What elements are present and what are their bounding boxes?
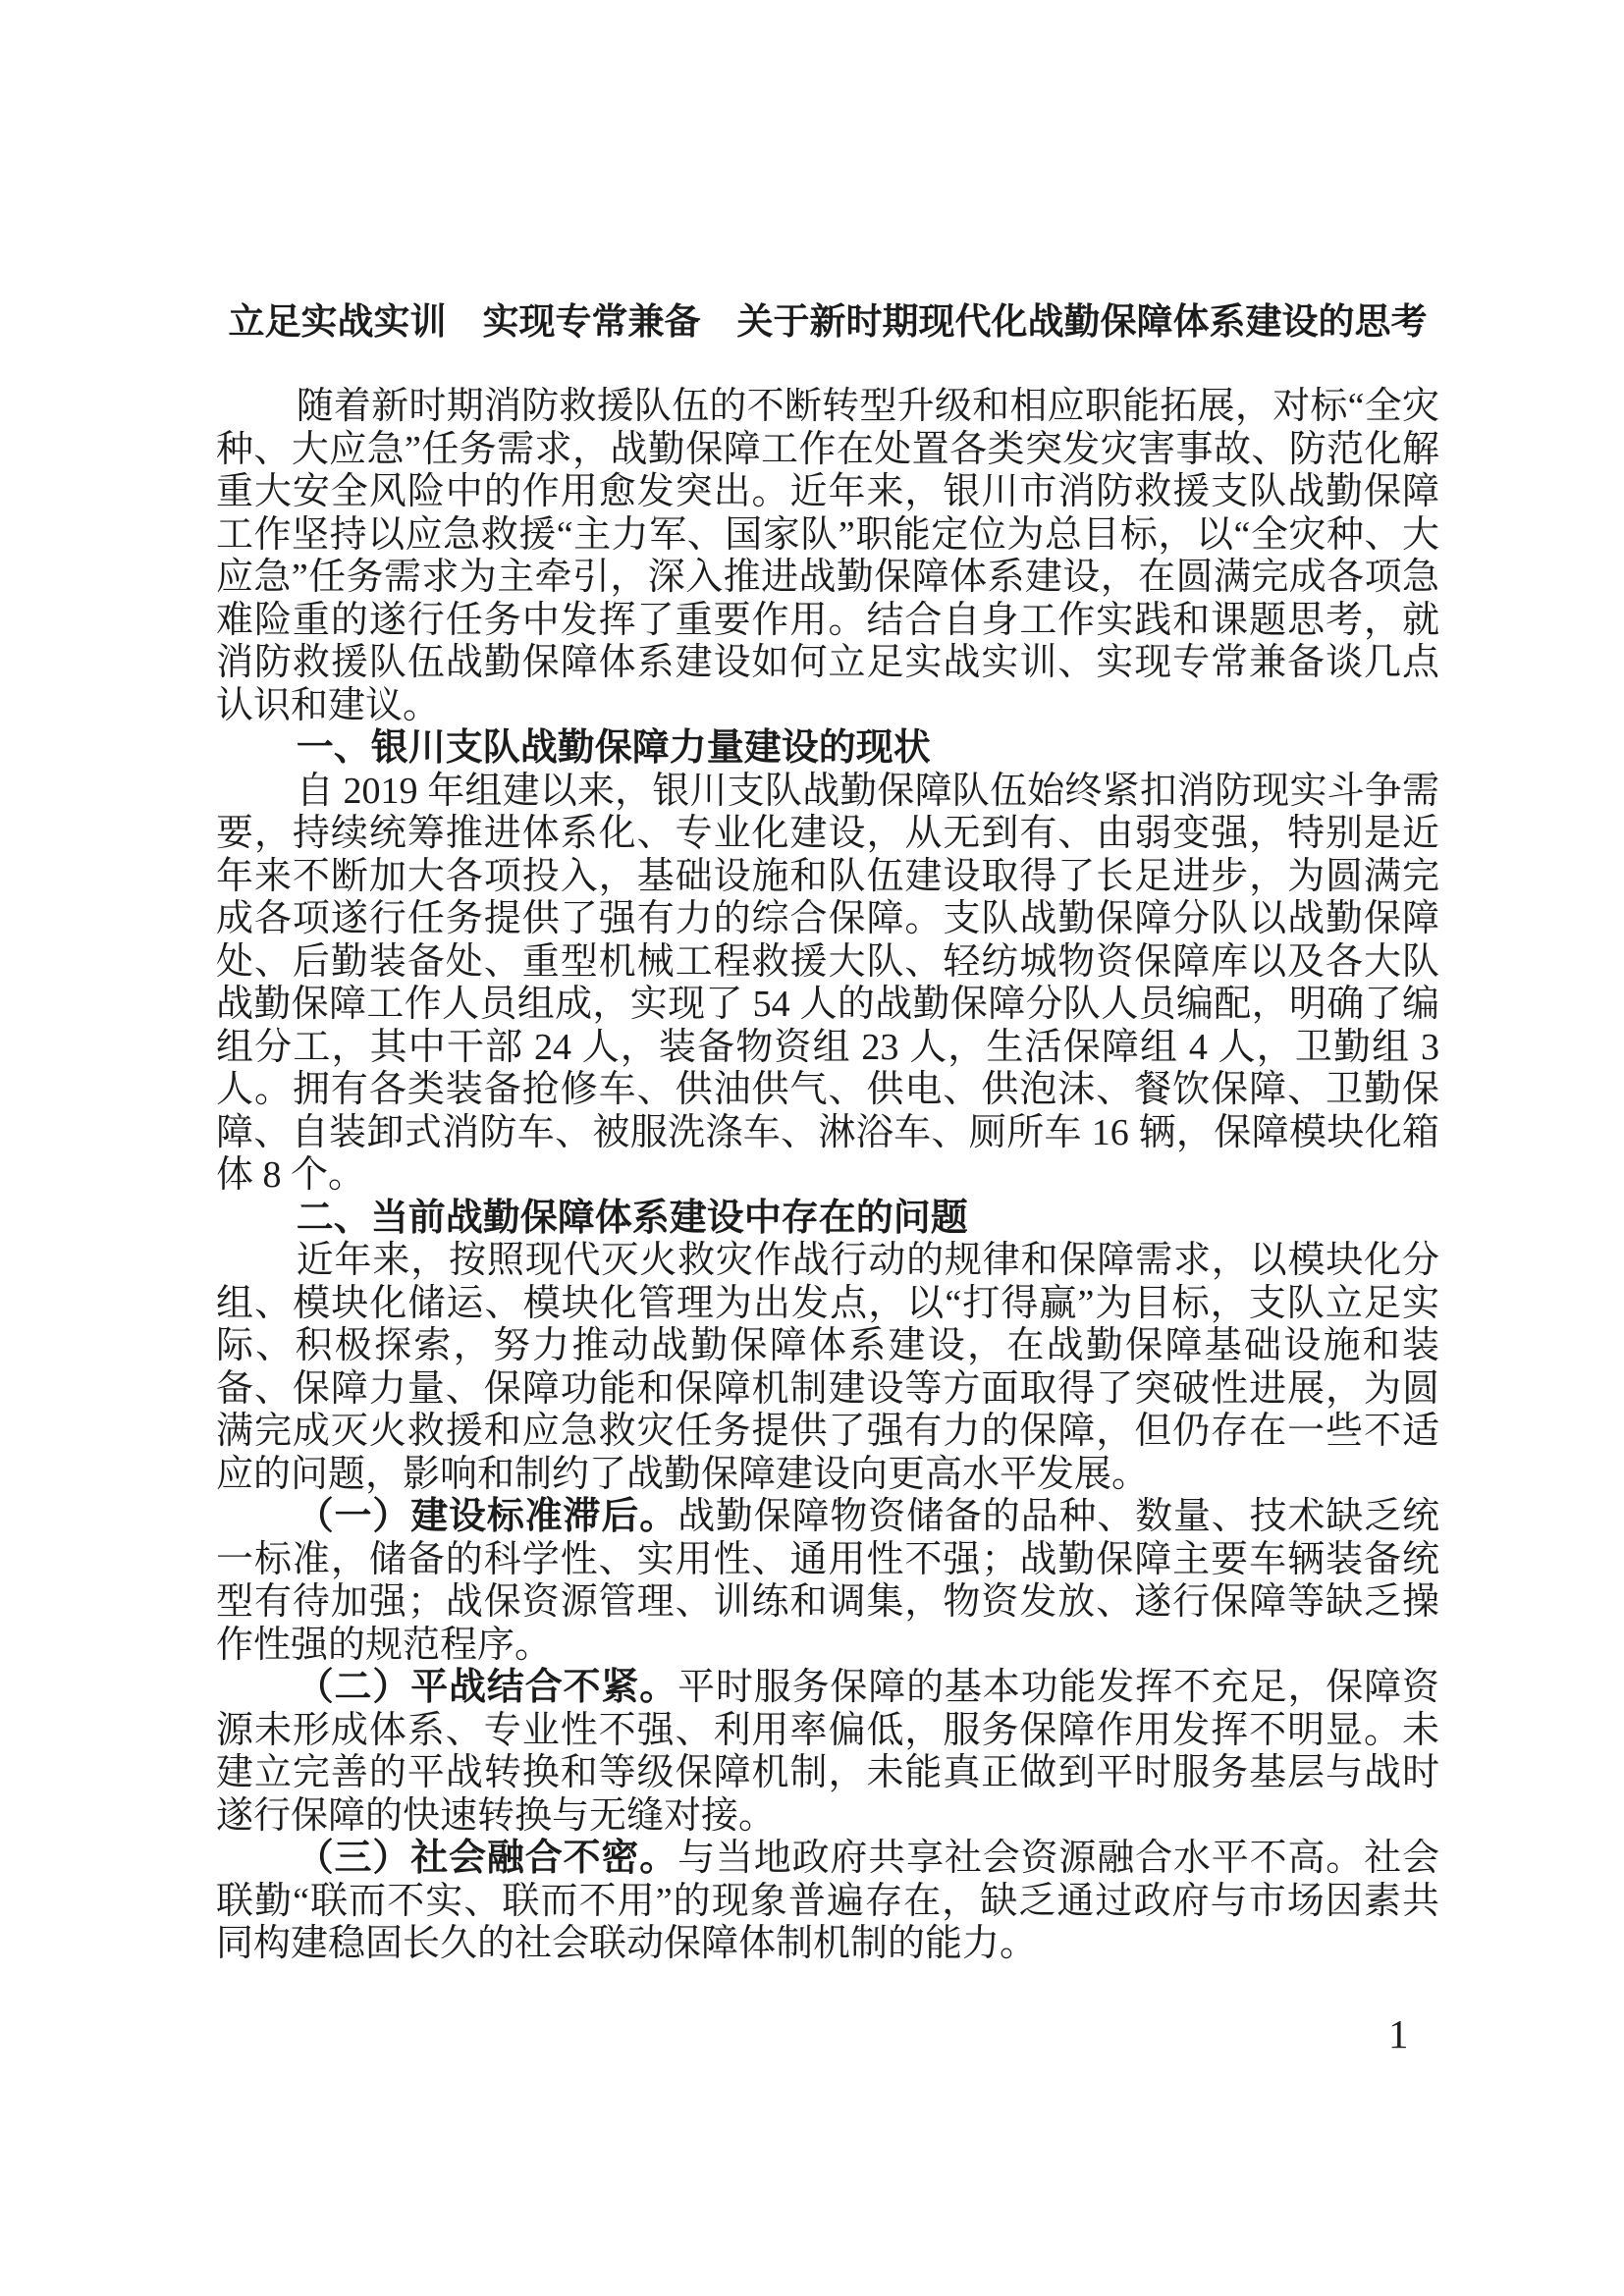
paragraph-text: 随着新时期消防救援队伍的不断转型升级和相应职能拓展，对标“全灾种、大应急”任务需… (216, 386, 1439, 726)
body-paragraph: 随着新时期消防救援队伍的不断转型升级和相应职能拓展，对标“全灾种、大应急”任务需… (216, 386, 1439, 727)
paragraph-lead: （二）平战结合不紧。 (297, 1667, 677, 1708)
document-content: 立足实战实训 实现专常兼备 关于新时期现代化战勤保障体系建设的思考 随着新时期消… (216, 300, 1439, 1966)
document-title: 立足实战实训 实现专常兼备 关于新时期现代化战勤保障体系建设的思考 (216, 300, 1439, 344)
paragraph-text: 近年来，按照现代灭火救灾作战行动的规律和保障需求，以模块化分组、模块化储运、模块… (216, 1240, 1439, 1495)
document-page: 立足实战实训 实现专常兼备 关于新时期现代化战勤保障体系建设的思考 随着新时期消… (0, 0, 1624, 2296)
body-paragraph: （二）平战结合不紧。平时服务保障的基本功能发挥不充足，保障资源未形成体系、专业性… (216, 1667, 1439, 1838)
section-heading-2: 二、当前战勤保障体系建设中存在的问题 (216, 1198, 1439, 1241)
page-number: 1 (1388, 2014, 1409, 2055)
body-paragraph: （一）建设标准滞后。战勤保障物资储备的品种、数量、技术缺乏统一标准，储备的科学性… (216, 1496, 1439, 1667)
paragraph-text: 自 2019 年组建以来，银川支队战勤保障队伍始终紧扣消防现实斗争需要，持续统筹… (216, 771, 1439, 1197)
body-paragraph: 自 2019 年组建以来，银川支队战勤保障队伍始终紧扣消防现实斗争需要，持续统筹… (216, 771, 1439, 1198)
section-heading-1: 一、银川支队战勤保障力量建设的现状 (216, 727, 1439, 771)
body-paragraph: 近年来，按照现代灭火救灾作战行动的规律和保障需求，以模块化分组、模块化储运、模块… (216, 1240, 1439, 1496)
body-paragraph: （三）社会融合不密。与当地政府共享社会资源融合水平不高。社会联勤“联而不实、联而… (216, 1838, 1439, 1966)
paragraph-lead: （三）社会融合不密。 (297, 1838, 677, 1879)
paragraph-lead: （一）建设标准滞后。 (297, 1496, 677, 1537)
